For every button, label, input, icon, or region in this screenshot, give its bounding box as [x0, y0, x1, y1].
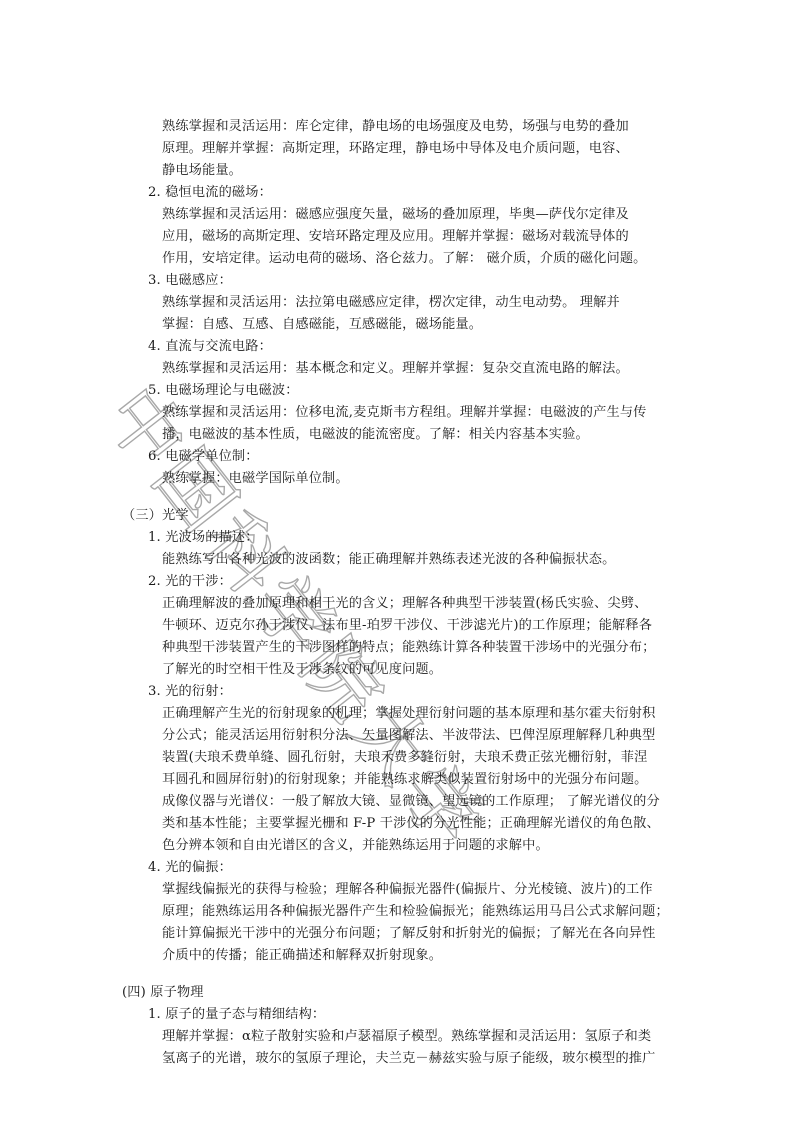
- text-line: 静电场能量。: [162, 163, 242, 179]
- text-line: 2. 稳恒电流的磁场：: [148, 185, 272, 201]
- text-line: 种典型干涉装置产生的干涉图样的特点；能熟练计算各种装置干涉场中的光强分布；: [162, 640, 655, 656]
- text-line: 理解并掌握：α粒子散射实验和卢瑟福原子模型。熟练掌握和灵活运用：氢原子和类: [162, 1029, 651, 1045]
- text-line: 掌握线偏振光的获得与检验；理解各种偏振光器件(偏振片、分光棱镜、波片)的工作: [162, 882, 653, 898]
- text-line: 3. 光的衍射：: [148, 684, 232, 700]
- text-line: 熟练掌握和灵活运用：磁感应强度矢量，磁场的叠加原理，毕奥—萨伐尔定律及: [162, 207, 629, 223]
- text-line: 播，电磁波的基本性质，电磁波的能流密度。了解：相关内容基本实验。: [162, 427, 589, 443]
- text-line: 6. 电磁学单位制：: [148, 449, 259, 465]
- text-line: 正确理解波的叠加原理和相干光的含义；理解各种典型干涉装置(杨氏实验、尖劈、: [162, 596, 647, 612]
- text-line: 熟练掌握：电磁学国际单位制。: [162, 471, 349, 487]
- text-line: 能计算偏振光干涉中的光强分布问题；了解反射和折射光的偏振；了解光在各向异性: [162, 926, 655, 942]
- text-line: 分公式；能灵活运用衍射积分法、矢量图解法、半波带法、巴俾涅原理解释几种典型: [162, 728, 655, 744]
- text-line: 原理。理解并掌握：高斯定理，环路定理，静电场中导体及电介质问题，电容、: [162, 141, 629, 157]
- text-line: 熟练掌握和灵活运用：法拉第电磁感应定律，楞次定律，动生电动势。 理解并: [162, 295, 620, 311]
- text-line: 牛顿环、迈克尔孙干涉仪、法布里-珀罗干涉仪、干涉滤光片)的工作原理；能解释各: [162, 618, 652, 634]
- text-line: 原理；能熟练运用各种偏振光器件产生和检验偏振光；能熟练运用马吕公式求解问题；: [162, 904, 669, 920]
- text-line: 正确理解产生光的衍射现象的机理；掌握处理衍射问题的基本原理和基尔霍夫衍射积: [162, 706, 655, 722]
- text-line: 氢离子的光谱，玻尔的氢原子理论，夫兰克－赫兹实验与原子能级，玻尔模型的推广: [162, 1051, 655, 1067]
- text-line: 掌握：自感、互感、自感磁能，互感磁能，磁场能量。: [162, 317, 482, 333]
- text-line: 熟练掌握和灵活运用：库仑定律，静电场的电场强度及电势，场强与电势的叠加: [162, 119, 629, 135]
- text-line: (四) 原子物理: [122, 985, 204, 1001]
- text-line: （三）光学: [122, 508, 189, 524]
- text-line: 成像仪器与光谱仪：一般了解放大镜、显微镜、望远镜的工作原理； 了解光谱仪的分: [162, 794, 660, 810]
- text-line: 3. 电磁感应：: [148, 273, 232, 289]
- text-line: 2. 光的干涉：: [148, 574, 232, 590]
- text-line: 1. 光波场的描述：: [148, 530, 259, 546]
- document-page: 中国科学院大学 熟练掌握和灵活运用：库仑定律，静电场的电场强度及电势，场强与电势…: [0, 0, 793, 1122]
- text-line: 熟练掌握和灵活运用：位移电流,麦克斯韦方程组。理解并掌握：电磁波的产生与传: [162, 405, 647, 421]
- text-line: 5. 电磁场理论与电磁波：: [148, 383, 299, 399]
- text-line: 色分辨本领和自由光谱区的含义，并能熟练运用于问题的求解中。: [162, 838, 549, 854]
- text-line: 装置(夫琅禾费单缝、圆孔衍射，夫琅禾费多缝衍射，夫琅禾费正弦光栅衍射，菲涅: [162, 750, 647, 766]
- text-line: 耳圆孔和圆屏衍射)的衍射现象；并能熟练求解类似装置衍射场中的光强分布问题。: [162, 772, 647, 788]
- text-line: 4. 光的偏振：: [148, 860, 232, 876]
- text-line: 了解光的时空相干性及干涉条纹的可见度问题。: [162, 662, 442, 678]
- text-line: 4. 直流与交流电路：: [148, 339, 272, 355]
- text-line: 介质中的传播；能正确描述和解释双折射现象。: [162, 948, 442, 964]
- text-line: 应用，磁场的高斯定理、安培环路定理及应用。理解并掌握：磁场对载流导体的: [162, 229, 629, 245]
- text-line: 1. 原子的量子态与精细结构：: [148, 1007, 325, 1023]
- text-line: 作用，安培定律。运动电荷的磁场、洛仑兹力。了解： 磁介质，介质的磁化问题。: [162, 251, 647, 267]
- text-line: 类和基本性能；主要掌握光栅和 F-P 干涉仪的分光性能；正确理解光谱仪的角色散、: [162, 816, 660, 832]
- text-line: 能熟练写出各种光波的波函数；能正确理解并熟练表述光波的各种偏振状态。: [162, 552, 615, 568]
- text-line: 熟练掌握和灵活运用：基本概念和定义。理解并掌握：复杂交直流电路的解法。: [162, 361, 629, 377]
